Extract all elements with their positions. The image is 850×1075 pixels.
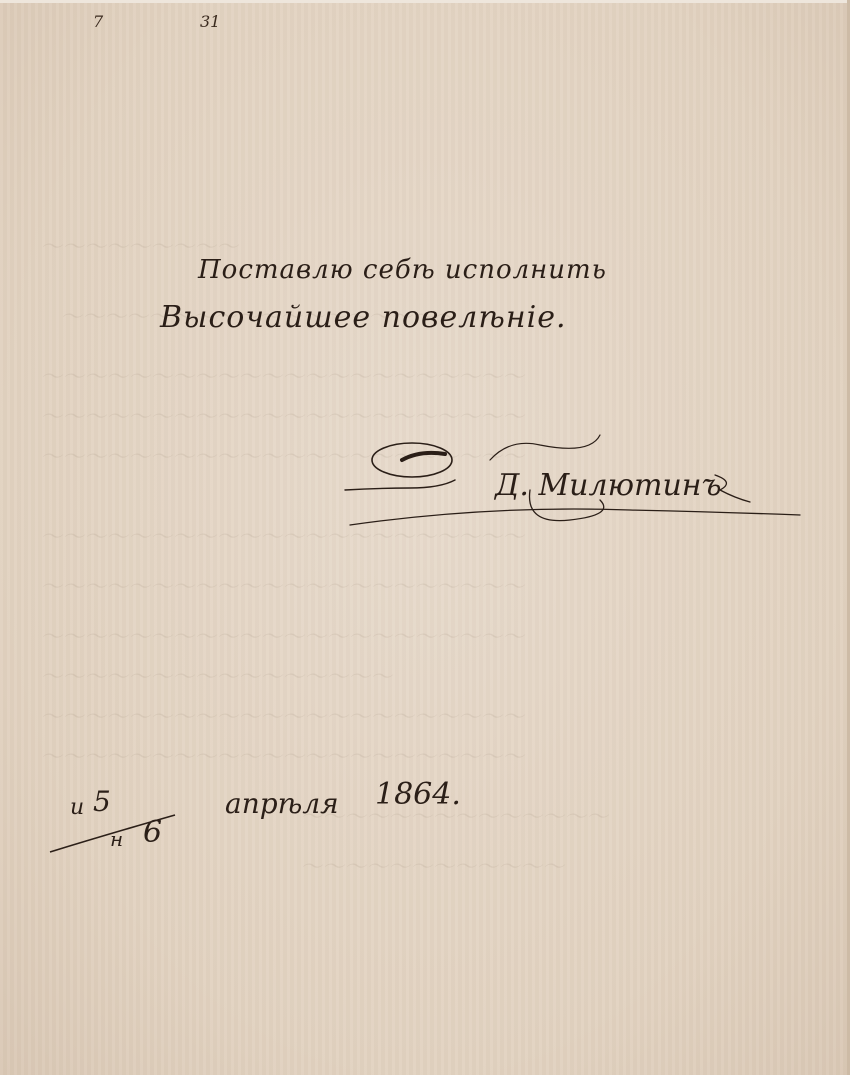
signature-text: Д. Милютинъ bbox=[495, 468, 722, 503]
date-year: 1864. bbox=[375, 777, 461, 812]
document-page: ～～～～～～～～～ ～～～～～～～～～～～～～～～～～～ ～～～～～～～～～～～… bbox=[0, 0, 850, 1075]
date-month: апрѣля bbox=[225, 787, 339, 820]
paper-top-edge bbox=[0, 0, 850, 3]
signature: Д. Милютинъ bbox=[340, 430, 810, 540]
body-line-1: Поставлю себѣ исполнить bbox=[198, 255, 607, 285]
date-new-style-day: 6 bbox=[143, 815, 162, 850]
folio-mark-left: 7 bbox=[93, 12, 103, 31]
folio-mark-right: 31 bbox=[200, 12, 220, 31]
date-line: и 5 н 6 апрѣля 1864. bbox=[45, 775, 505, 865]
body-line-2: Высочайшее повелѣнiе. bbox=[160, 300, 567, 335]
date-new-prefix: н bbox=[110, 827, 123, 851]
